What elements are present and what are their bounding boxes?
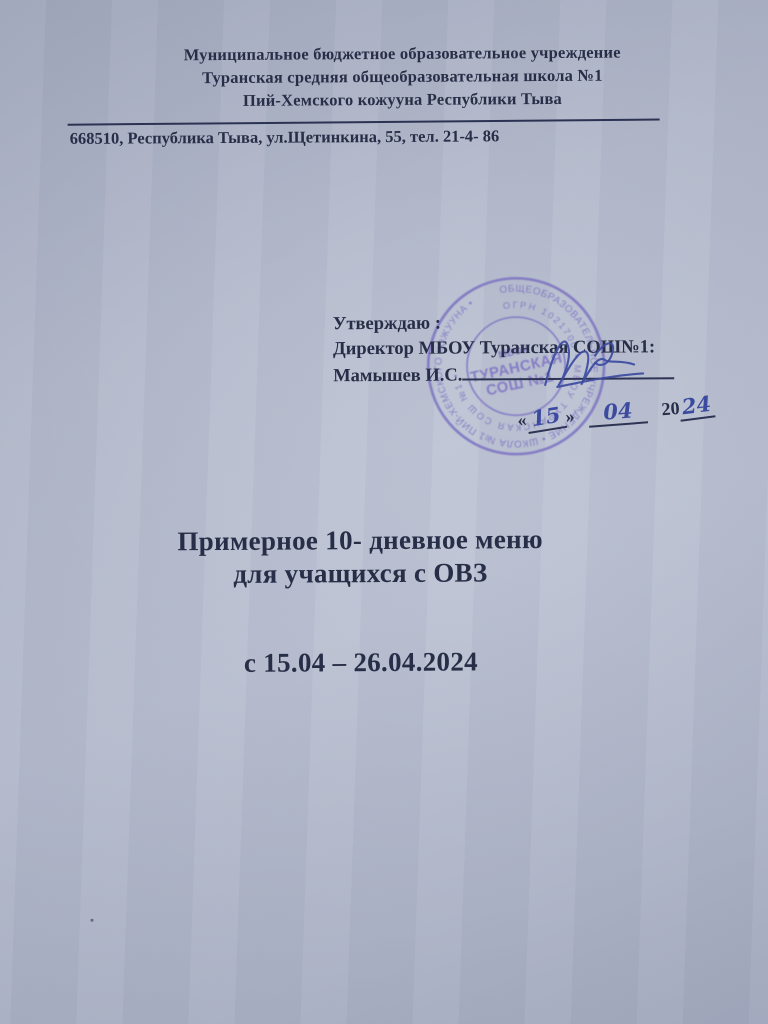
document-photo: Муниципальное бюджетное образовательное …	[0, 0, 768, 1024]
title-date-range: с 15.04 – 26.04.2024	[41, 644, 681, 681]
paper-speck	[90, 919, 93, 922]
org-address: 668510, Республика Тыва, ул.Щетинкина, 5…	[70, 126, 500, 149]
date-line: «15»042024	[516, 389, 743, 433]
signature-line: Мамышев И.С.	[333, 360, 743, 390]
org-name-line-3: Пий-Хемского кожууна Республики Тыва	[82, 86, 722, 113]
director-name: Мамышев И.С.	[333, 366, 462, 387]
title-line-2: для учащихся с ОВЗ	[40, 555, 680, 592]
letterhead-divider	[68, 119, 660, 126]
approve-label: Утверждаю :	[333, 310, 743, 338]
signature-underline	[462, 360, 674, 380]
handwritten-year: 24	[678, 390, 716, 421]
approval-block: Утверждаю : Директор МБОУ Туранская СОШ№…	[333, 310, 744, 435]
spacer	[575, 421, 589, 422]
document-page: Муниципальное бюджетное образовательное …	[0, 0, 768, 1024]
spacer	[648, 415, 662, 416]
letterhead: Муниципальное бюджетное образовательное …	[82, 40, 722, 113]
director-line: Директор МБОУ Туранская СОШ№1:	[333, 335, 743, 363]
handwritten-day: 15	[524, 401, 567, 434]
title-line-1: Примерное 10- дневное меню	[40, 522, 680, 559]
handwritten-month: 04	[587, 396, 648, 427]
document-title: Примерное 10- дневное меню для учащихся …	[40, 522, 681, 681]
